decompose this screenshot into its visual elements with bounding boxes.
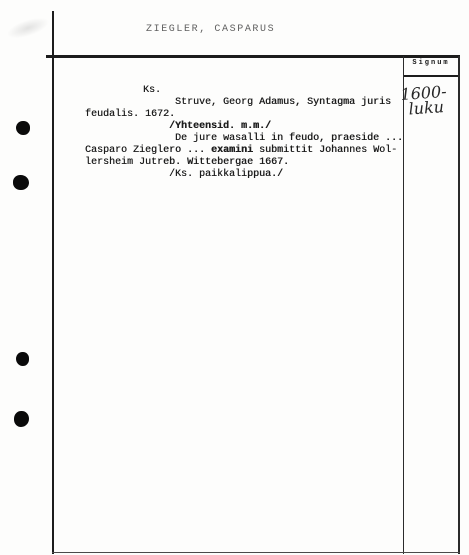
- punch-hole: [13, 175, 29, 190]
- left-margin-rule: [52, 11, 54, 554]
- text-line: Ks.: [85, 85, 425, 97]
- text-segment: De jure wasalli in feudo, praeside ...: [175, 133, 403, 144]
- signum-column-right-rule: [458, 56, 460, 554]
- punch-hole: [14, 411, 29, 427]
- text-line: Casparo Zieglero ... examini submittit J…: [85, 145, 425, 157]
- text-segment: Ks.: [143, 85, 161, 96]
- bottom-edge-rule: [52, 552, 460, 553]
- text-line: /Ks. paikkalippua./: [85, 169, 425, 181]
- text-line: Struve, Georg Adamus, Syntagma juris: [85, 97, 425, 109]
- header-rule: [46, 55, 460, 58]
- punch-hole: [16, 352, 29, 366]
- text-line: feudalis. 1672.: [85, 109, 425, 121]
- emphasized-text: examini: [211, 145, 253, 156]
- text-segment: feudalis. 1672.: [85, 109, 175, 120]
- text-line: De jure wasalli in feudo, praeside ...: [85, 133, 425, 145]
- catalog-text-block: Ks.Struve, Georg Adamus, Syntagma jurisf…: [85, 85, 425, 181]
- catalog-card: ZIEGLER, CASPARUS Signum 1600- luku Ks.S…: [0, 0, 469, 555]
- text-segment: /Ks. paikkalippua./: [169, 169, 283, 180]
- text-segment: Struve, Georg Adamus, Syntagma juris: [175, 97, 391, 108]
- emphasized-text: /Yhteensid. m.m./: [169, 121, 271, 132]
- text-segment: lersheim Jutreb. Wittebergae 1667.: [85, 157, 289, 168]
- text-line: /Yhteensid. m.m./: [85, 121, 425, 133]
- signum-label: Signum: [404, 59, 458, 67]
- signum-header-rule: [404, 75, 458, 77]
- scan-smudge: [5, 14, 52, 43]
- text-line: lersheim Jutreb. Wittebergae 1667.: [85, 157, 425, 169]
- text-segment: submittit Johannes Wol-: [253, 145, 397, 156]
- text-segment: Casparo Zieglero ...: [85, 145, 211, 156]
- card-heading: ZIEGLER, CASPARUS: [146, 24, 275, 35]
- punch-hole: [16, 121, 30, 135]
